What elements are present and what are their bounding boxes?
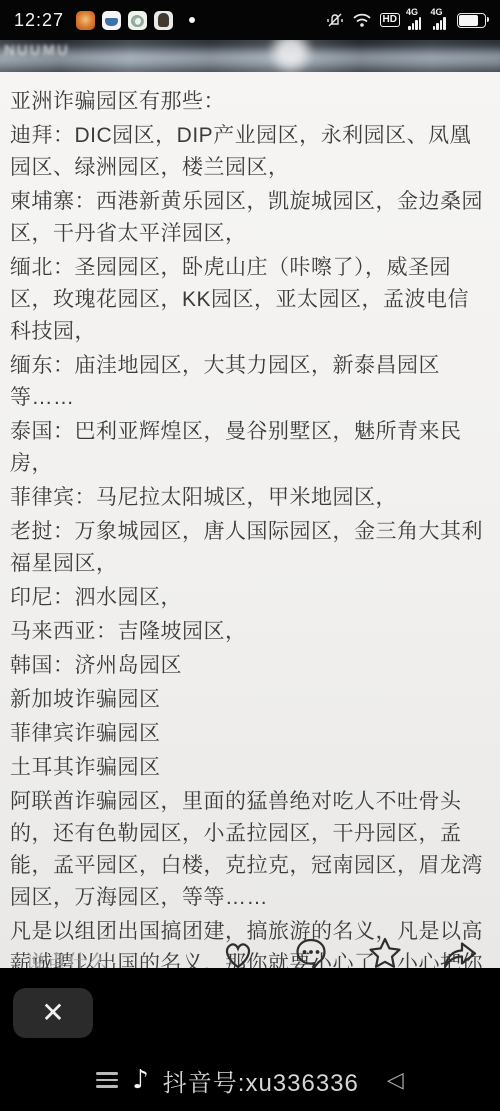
phone-screen: 12:27 HD 4G 4G: [0, 0, 500, 1111]
action-icons: [220, 935, 480, 968]
notification-dot-icon: [189, 17, 195, 23]
post-paragraph: 印尼：泗水园区，: [10, 582, 490, 614]
video-blur-layer: [0, 40, 500, 72]
post-paragraph: 迪拜：DIC园区，DIP产业园区，永利园区、凤凰园区、绿洲园区，楼兰园区，: [10, 120, 490, 184]
post-content: 亚洲诈骗园区有那些： 迪拜：DIC园区，DIP产业园区，永利园区、凤凰园区、绿洲…: [0, 72, 500, 968]
clock: 12:27: [14, 10, 64, 31]
douyin-watermark-bar: ♪ 抖音号:xu336336 ◁: [0, 1060, 500, 1100]
post-text: 亚洲诈骗园区有那些： 迪拜：DIC园区，DIP产业园区，永利园区、凤凰园区、绿洲…: [0, 72, 500, 968]
menu-icon[interactable]: [96, 1072, 118, 1088]
post-paragraph: 柬埔寨：西港新黄乐园区，凯旋城园区，金边桑园区，干丹省太平洋园区，: [10, 186, 490, 250]
like-heart-icon[interactable]: [220, 937, 256, 968]
post-paragraph: 菲律宾：马尼拉太阳城区，甲米地园区，: [10, 482, 490, 514]
back-triangle-icon[interactable]: ◁: [387, 1068, 404, 1093]
comment-bubble-icon[interactable]: [292, 935, 330, 968]
close-icon: ✕: [41, 996, 64, 1029]
green-app-notification-icon: [128, 11, 147, 30]
post-paragraph: 缅北：圣园园区，卧虎山庄（咔嚓了），威圣园区，玫瑰花园区，KK园区，亚太园区，孟…: [10, 252, 490, 348]
signal-4g-icon-1: 4G: [408, 11, 425, 30]
bottom-overlay: ✕ ♪ 抖音号:xu336336 ◁: [0, 968, 500, 1111]
status-bar: 12:27 HD 4G 4G: [0, 0, 500, 40]
avatar-app-notification-icon: [154, 11, 173, 30]
comment-bar: 说点什么: [0, 916, 500, 968]
post-paragraph: 韩国：济州岛园区: [10, 650, 490, 682]
post-paragraph: 阿联酋诈骗园区，里面的猛兽绝对吃人不吐骨头的，还有色勒园区，小孟拉园区，干丹园区…: [10, 786, 490, 914]
favorite-star-icon[interactable]: [366, 935, 404, 968]
douyin-account-label: 抖音号:xu336336: [163, 1063, 359, 1098]
mute-vibrate-icon: [326, 11, 344, 29]
status-icons: HD 4G 4G: [326, 11, 486, 30]
post-paragraph: 新加坡诈骗园区: [10, 684, 490, 716]
video-blur-text: NUUMU: [4, 42, 70, 59]
douyin-note-icon: ♪: [132, 1065, 149, 1095]
post-paragraph: 菲律宾诈骗园区: [10, 718, 490, 750]
blue-app-notification-icon: [102, 11, 121, 30]
post-paragraph: 土耳其诈骗园区: [10, 752, 490, 784]
video-thumbnail-strip[interactable]: NUUMU: [0, 40, 500, 72]
share-arrow-icon[interactable]: [440, 937, 480, 968]
post-paragraph: 马来西亚：吉隆坡园区，: [10, 616, 490, 648]
close-button[interactable]: ✕: [13, 988, 93, 1038]
orange-app-notification-icon: [76, 11, 95, 30]
battery-icon: [457, 13, 486, 28]
comment-input[interactable]: 说点什么: [25, 947, 109, 968]
hd-badge: HD: [380, 13, 400, 27]
wifi-icon: [352, 12, 372, 28]
post-paragraph: 亚洲诈骗园区有那些：: [10, 86, 490, 118]
post-paragraph: 泰国：巴利亚辉煌区，曼谷别墅区，魅所青来民房，: [10, 416, 490, 480]
notification-app-icons: [76, 11, 173, 30]
post-paragraph: 老挝：万象城园区，唐人国际园区，金三角大其利福星园区，: [10, 516, 490, 580]
post-paragraph: 缅东：庙洼地园区，大其力园区，新泰昌园区等……: [10, 350, 490, 414]
signal-4g-icon-2: 4G: [433, 11, 450, 30]
